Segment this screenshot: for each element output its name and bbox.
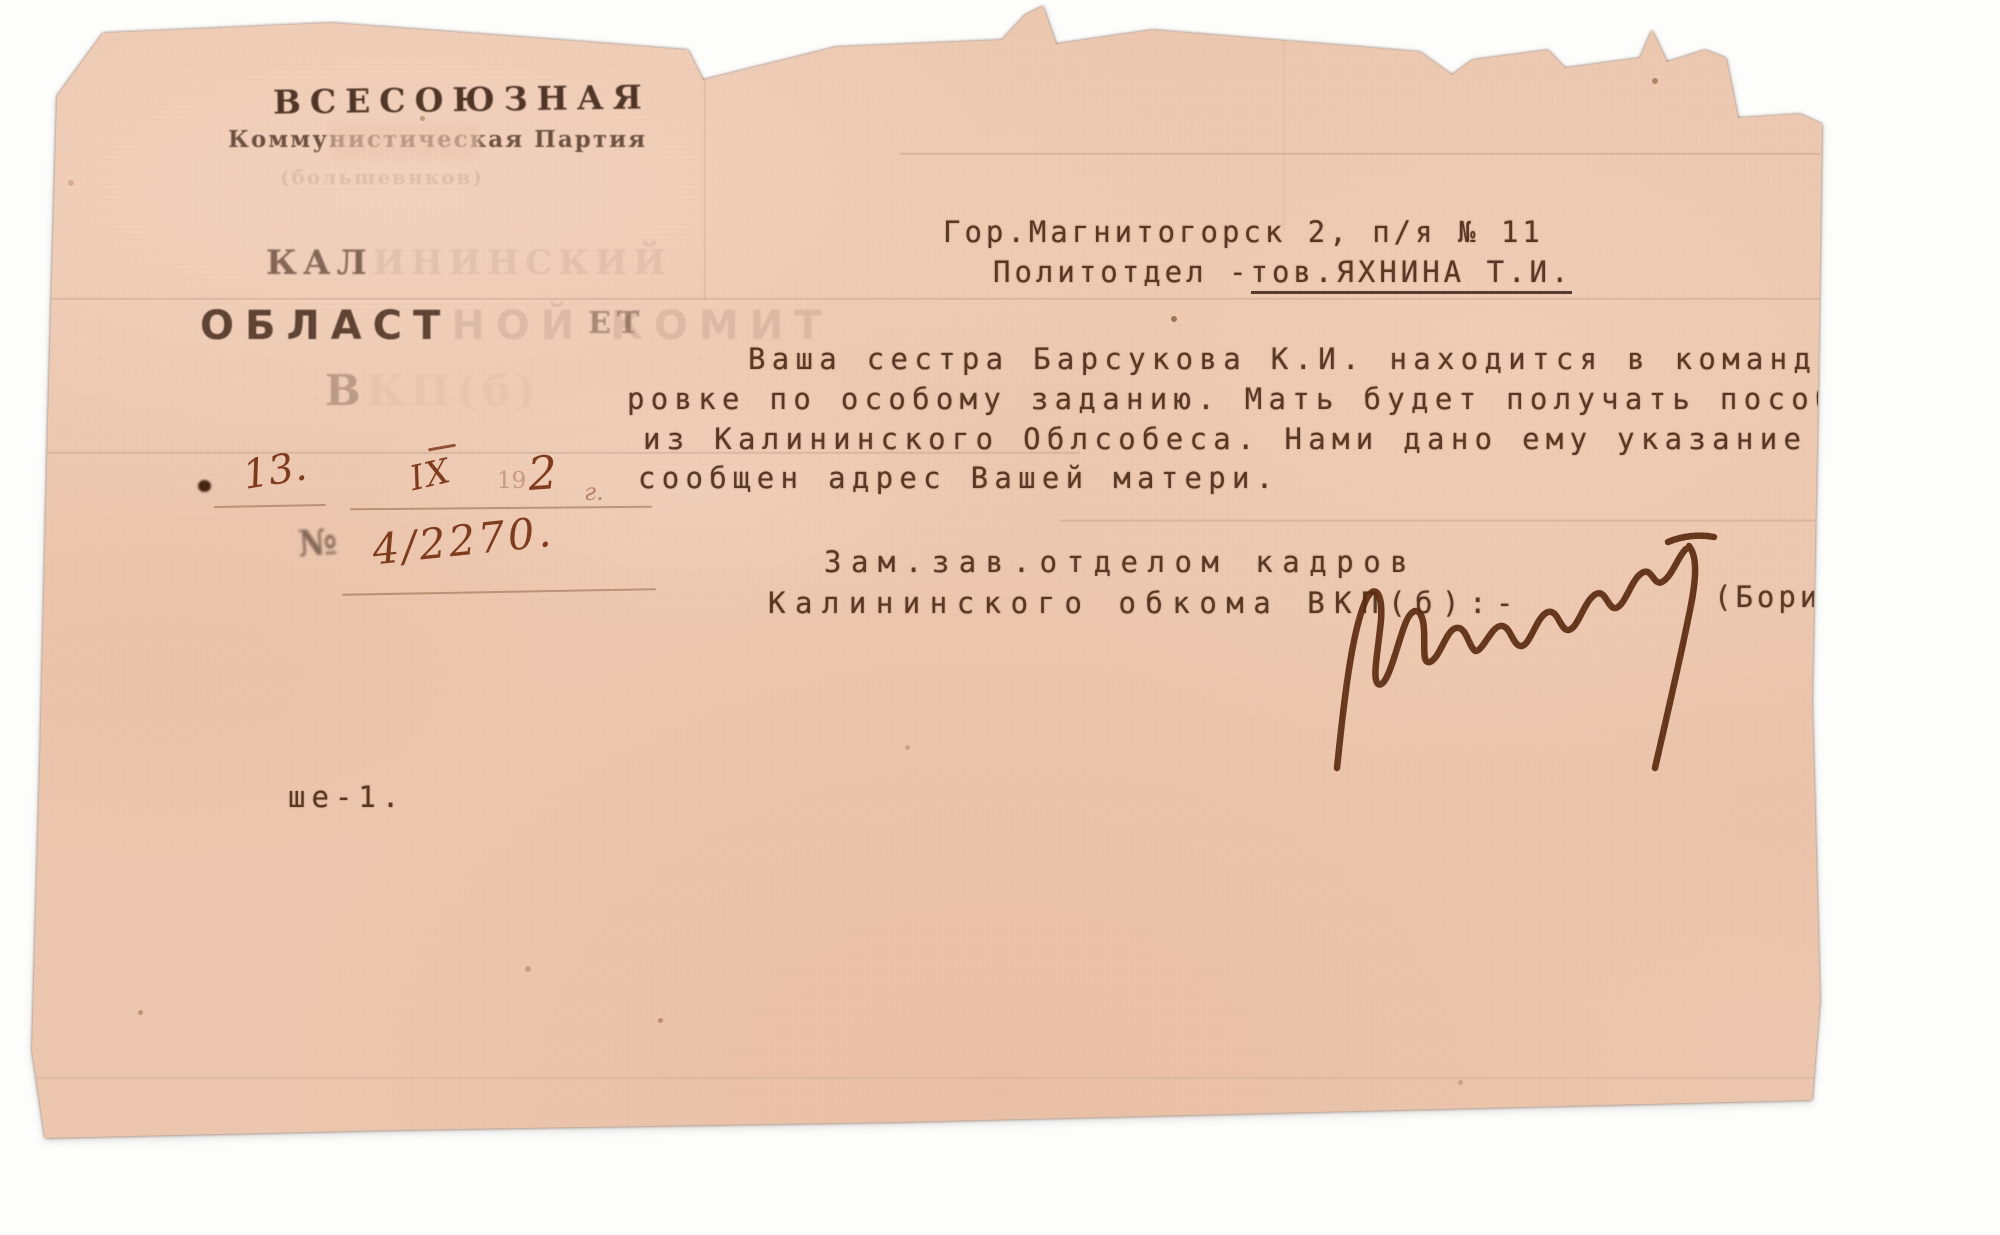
fold-crease bbox=[900, 152, 1820, 156]
stamp-line1-strong: КАЛ bbox=[266, 243, 373, 283]
number-sign: № bbox=[297, 521, 339, 566]
date-underline-day bbox=[214, 504, 326, 508]
typist-reference: ше-1. bbox=[288, 780, 405, 814]
signoff-title-line1: Зам.зав.отделом кадров bbox=[824, 545, 1417, 579]
fold-crease bbox=[1282, 40, 1286, 230]
recipient-address-line: Гор.Магнитогорск 2, п/я № 11 bbox=[943, 215, 1544, 249]
ink-speck bbox=[138, 1010, 143, 1015]
signoff-title-line2: Калининского обкома ВКП(б):- bbox=[768, 586, 1523, 620]
letterhead-org-name: ВСЕСОЮЗНАЯ bbox=[273, 77, 651, 121]
handwritten-number: 4/2270. bbox=[370, 507, 556, 575]
letterhead-org-subtitle: Коммунистическая Партия bbox=[228, 126, 647, 153]
stamp-line3-ghost: КП(б) bbox=[367, 366, 543, 415]
stamp-region-line2: ОБЛАСТНОЙ КОМИТ bbox=[200, 303, 832, 349]
fold-crease bbox=[1060, 519, 1820, 523]
stamp-line2-tail: ЕТ bbox=[588, 306, 645, 341]
recipient-person-name: тов.ЯХНИНА Т.И. bbox=[1251, 255, 1573, 294]
recipient-name-line: Политотдел -тов.ЯХНИНА Т.И. bbox=[993, 255, 1572, 289]
fold-crease bbox=[0, 1076, 1820, 1080]
ink-speck bbox=[1171, 316, 1177, 322]
recipient-dept: Политотдел - bbox=[993, 255, 1251, 289]
ink-speck bbox=[905, 745, 910, 750]
body-line-3: из Калининского Облсобеса. Нами дано ему… bbox=[643, 422, 1855, 456]
signer-name: (Борисов) bbox=[1714, 580, 1907, 614]
fold-crease bbox=[0, 297, 2000, 301]
fold-crease bbox=[703, 40, 707, 300]
ink-speck bbox=[420, 116, 425, 121]
stamp-line3-strong: В bbox=[325, 366, 367, 415]
date-underline-month bbox=[350, 506, 652, 511]
letterhead-org-line3-ghost: (большевиков) bbox=[280, 165, 484, 189]
stamp-region-line3: ВКП(б) bbox=[325, 366, 542, 415]
ink-speck bbox=[1652, 78, 1658, 84]
stamp-line2-strong: ОБЛАСТ bbox=[200, 303, 451, 349]
scan-background: ВСЕСОЮЗНАЯ Коммунистическая Партия (боль… bbox=[0, 0, 2000, 1235]
ink-speck bbox=[68, 180, 74, 186]
number-underline bbox=[342, 588, 656, 595]
month-overbar bbox=[428, 444, 456, 452]
printed-year-prefix: 19 bbox=[497, 468, 526, 494]
ink-speck bbox=[1458, 1080, 1463, 1085]
document-paper: ВСЕСОЮЗНАЯ Коммунистическая Партия (боль… bbox=[0, 0, 2000, 1235]
printed-year-suffix: г. bbox=[584, 478, 604, 506]
body-line-2: ровке по особому заданию. Мать будет пол… bbox=[627, 382, 1886, 416]
handwritten-month: IX bbox=[406, 451, 456, 499]
paper-wrapper: ВСЕСОЮЗНАЯ Коммунистическая Партия (боль… bbox=[0, 0, 2000, 1235]
ink-speck bbox=[525, 966, 531, 972]
stamp-line1-ghost: ИНИНСКИЙ bbox=[373, 243, 672, 283]
handwritten-day: 13. bbox=[240, 443, 310, 498]
body-line-4: сообщен адрес Вашей матери. bbox=[638, 461, 1280, 495]
stamp-region-line1: КАЛИНИНСКИЙ bbox=[266, 243, 671, 283]
body-line-1: Ваша сестра Барсукова К.И. находится в к… bbox=[748, 342, 1865, 376]
ink-blot bbox=[198, 480, 211, 492]
handwritten-year-digit: 2 bbox=[526, 445, 559, 501]
ink-speck bbox=[658, 1018, 663, 1023]
